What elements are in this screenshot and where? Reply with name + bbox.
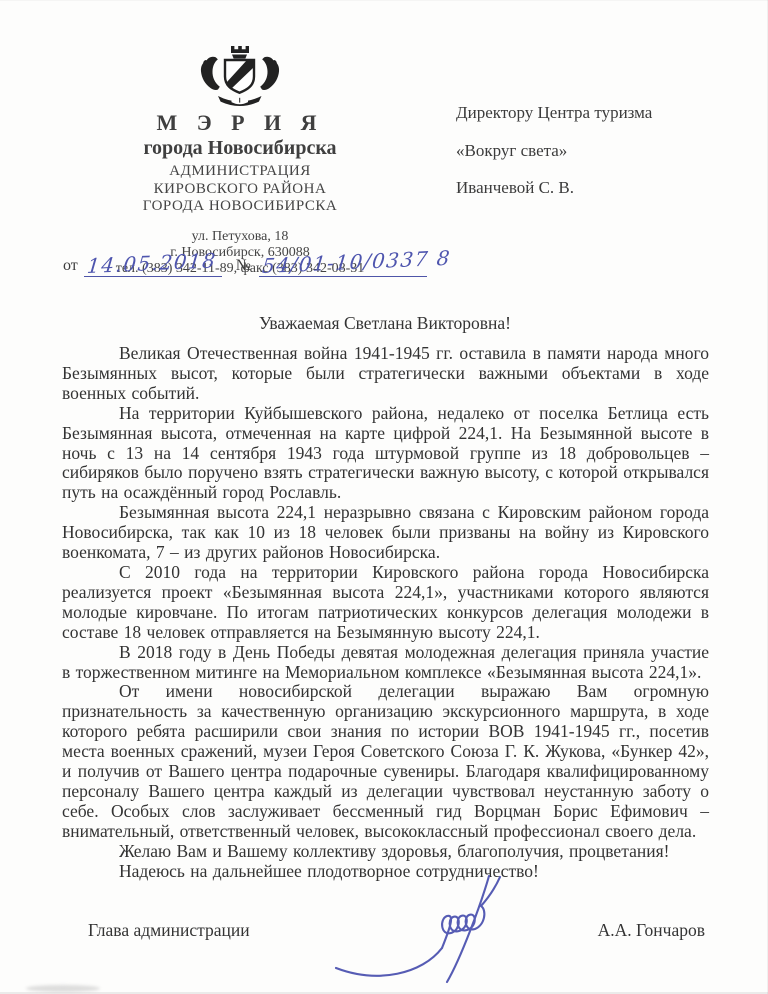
ref-no-label: № bbox=[236, 257, 251, 277]
org-title: М Э Р И Я bbox=[40, 110, 440, 136]
ref-line: от14.05.2018№54/01-10/0337 8 bbox=[63, 252, 483, 286]
ref-number-field: 54/01-10/0337 8 bbox=[259, 252, 427, 277]
body-paragraph: С 2010 года на территории Кировского рай… bbox=[62, 563, 709, 643]
street-address: ул. Петухова, 18 bbox=[40, 229, 440, 245]
body-paragraph: Безымянная высота 224,1 неразрывно связа… bbox=[62, 503, 709, 563]
body-paragraph: На территории Куйбышевского района, неда… bbox=[62, 404, 709, 504]
scan-smudge bbox=[26, 985, 100, 992]
admin-line: КИРОВСКОГО РАЙОНА bbox=[40, 181, 440, 199]
ref-date-field: 14.05.2018 bbox=[84, 252, 222, 277]
signer-position: Глава администрации bbox=[88, 920, 250, 941]
addressee-block: Директору Центра туризма «Вокруг света» … bbox=[456, 104, 736, 217]
addressee-line: «Вокруг света» bbox=[456, 142, 736, 159]
admin-line: ГОРОДА НОВОСИБИРСКА bbox=[40, 198, 440, 216]
addressee-line: Директору Центра туризма bbox=[456, 104, 736, 121]
novosibirsk-coat-of-arms-icon bbox=[184, 42, 296, 106]
admin-block: АДМИНИСТРАЦИЯ КИРОВСКОГО РАЙОНА ГОРОДА Н… bbox=[40, 163, 440, 216]
ref-from-label: от bbox=[63, 257, 78, 277]
letter-body: Великая Отечественная война 1941-1945 гг… bbox=[62, 344, 709, 881]
body-paragraph: Великая Отечественная война 1941-1945 гг… bbox=[62, 344, 709, 404]
org-subtitle: города Новосибирска bbox=[40, 137, 440, 160]
salutation: Уважаемая Светлана Викторовна! bbox=[62, 313, 708, 334]
signature-autograph-icon bbox=[330, 870, 550, 992]
body-paragraph: От имени новосибирской делегации выражаю… bbox=[62, 682, 709, 841]
body-paragraph: Желаю Вам и Вашему коллективу здоровья, … bbox=[62, 842, 709, 862]
letter-page: М Э Р И Я города Новосибирска АДМИНИСТРА… bbox=[0, 0, 768, 994]
body-paragraph: Надеюсь на дальнейшее плодотворное сотру… bbox=[62, 862, 709, 882]
letterhead: М Э Р И Я города Новосибирска АДМИНИСТРА… bbox=[40, 42, 440, 277]
signer-name: А.А. Гончаров bbox=[598, 920, 705, 941]
addressee-line: Иванчевой С. В. bbox=[456, 179, 736, 196]
admin-line: АДМИНИСТРАЦИЯ bbox=[40, 163, 440, 181]
body-paragraph: В 2018 году в День Победы девятая молоде… bbox=[62, 643, 709, 683]
handwritten-date: 14.05.2018 bbox=[86, 248, 218, 278]
